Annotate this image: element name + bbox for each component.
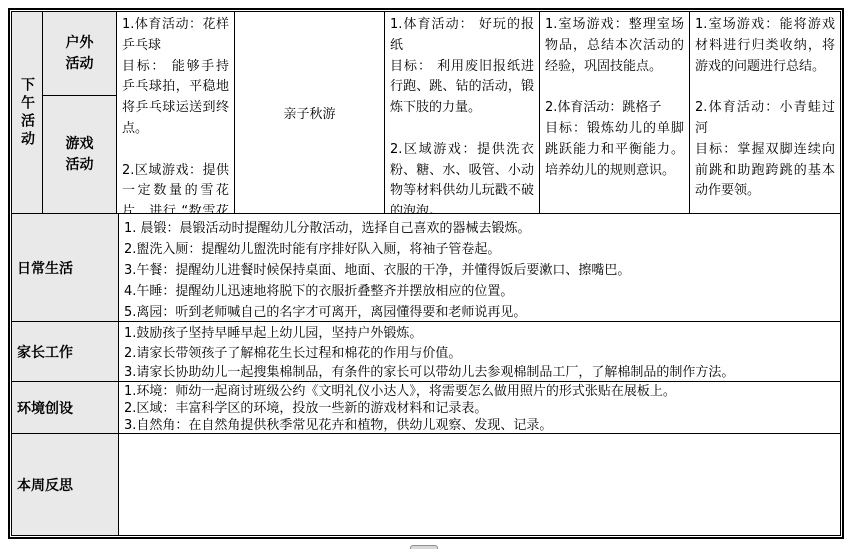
- afternoon-row-label: 下午活动: [12, 12, 43, 213]
- row-parent-work: 家长工作 1.鼓励孩子坚持早睡早起上幼儿园，坚持户外锻炼。 2.请家长带领孩子了…: [12, 322, 840, 382]
- weekly-plan-table: 下午活动 户外 活动 游戏 活动 1.体育活动：花样乒乓球 目标： 能够手持乒乓…: [8, 8, 844, 539]
- games-activities-label: 游戏 活动: [43, 96, 116, 213]
- partial-bottom-widget[interactable]: [410, 545, 438, 549]
- afternoon-col-parent-child-trip: 亲子秋游: [235, 12, 385, 213]
- afternoon-col-outdoor-games-1: 1.体育活动：花样乒乓球 目标： 能够手持乒乓球拍，平稳地将乒乓球运送到终点。 …: [117, 12, 235, 213]
- row-weekly-reflection: 本周反思: [12, 434, 840, 535]
- afternoon-sub-labels: 户外 活动 游戏 活动: [43, 12, 117, 213]
- table-body: 下午活动 户外 活动 游戏 活动 1.体育活动：花样乒乓球 目标： 能够手持乒乓…: [11, 11, 841, 536]
- row-environment-creation: 环境创设 1.环境：师幼一起商讨班级公约《文明礼仪小达人》，将需要怎么做用照片的…: [12, 382, 840, 434]
- weekly-reflection-content: [119, 434, 840, 535]
- parent-work-label: 家长工作: [12, 322, 119, 381]
- afternoon-col-hopscotch: 1.室场游戏：整理室场物品，总结本次活动的经验，巩固技能点。 2.体育活动：跳格…: [540, 12, 690, 213]
- environment-label: 环境创设: [12, 382, 119, 433]
- outdoor-activities-label: 户外 活动: [43, 12, 116, 96]
- row-daily-life: 日常生活 1. 晨锻：晨锻活动时提醒幼儿分散活动，选择自己喜欢的器械去锻炼。 2…: [12, 214, 840, 322]
- environment-content: 1.环境：师幼一起商讨班级公约《文明礼仪小达人》，将需要怎么做用照片的形式张贴在…: [119, 382, 840, 433]
- parent-work-content: 1.鼓励孩子坚持早睡早起上幼儿园，坚持户外锻炼。 2.请家长带领孩子了解棉花生长…: [119, 322, 840, 381]
- weekly-reflection-label: 本周反思: [12, 434, 119, 535]
- afternoon-col-newspaper-games: 1.体育活动： 好玩的报纸 目标： 利用废旧报纸进行跑、跳、钻的活动，锻炼下肢的…: [385, 12, 540, 213]
- afternoon-col-frog-jump: 1.室场游戏：能将游戏材料进行归类收纳，将游戏的问题进行总结。 2.体育活动：小…: [690, 12, 840, 213]
- daily-life-content: 1. 晨锻：晨锻活动时提醒幼儿分散活动，选择自己喜欢的器械去锻炼。 2.盥洗入厕…: [119, 214, 840, 321]
- daily-life-label: 日常生活: [12, 214, 119, 321]
- row-afternoon-activities: 下午活动 户外 活动 游戏 活动 1.体育活动：花样乒乓球 目标： 能够手持乒乓…: [12, 12, 840, 214]
